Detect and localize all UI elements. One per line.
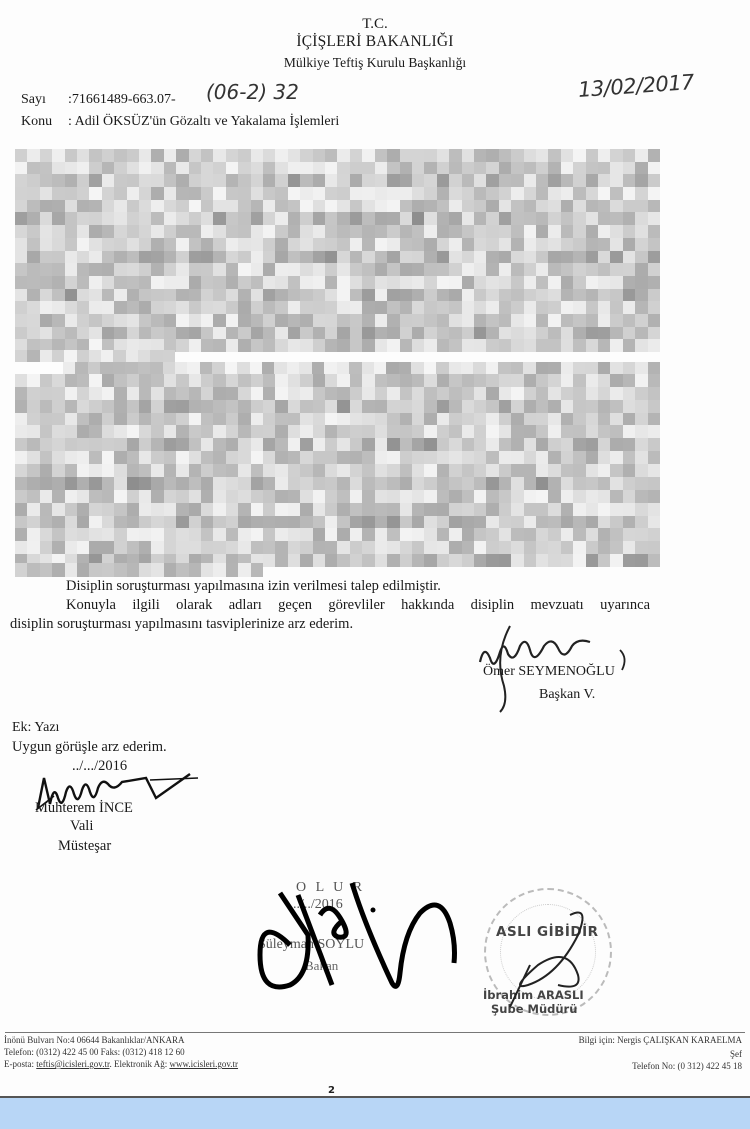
info-phone: Telefon No: (0 312) 422 45 18 xyxy=(632,1061,742,1071)
sayi-handwritten: (06-2) 32 xyxy=(206,80,299,104)
sayi-value: :71661489-663.07- xyxy=(68,92,176,108)
viewer-background-bar xyxy=(0,1098,750,1129)
email-label: E-posta: xyxy=(4,1059,36,1069)
network-label: . Elektronik Ağ: xyxy=(109,1059,169,1069)
recommendation-text: Uygun görüşle arz ederim. xyxy=(12,739,167,756)
page-number: 2 xyxy=(328,1085,335,1096)
handwritten-date: 13/02/2017 xyxy=(577,70,694,102)
header-ministry: İÇİŞLERİ BAKANLIĞI xyxy=(0,33,750,51)
sayi-label: Sayı xyxy=(21,92,46,108)
konu-label: Konu xyxy=(21,114,52,130)
website-link[interactable]: www.icisleri.gov.tr xyxy=(169,1059,238,1069)
approver-name: Muhterem İNCE xyxy=(35,800,133,817)
konu-value: : Adil ÖKSÜZ'ün Gözaltı ve Yakalama İşle… xyxy=(68,114,339,130)
paragraph-2-line-2: disiplin soruşturması yapılmasını tasvip… xyxy=(10,616,353,633)
header-tc: T.C. xyxy=(0,15,750,33)
email-link[interactable]: teftis@icisleri.gov.tr xyxy=(36,1059,109,1069)
redacted-block-1 xyxy=(15,149,660,352)
signatory1-title: Başkan V. xyxy=(539,687,595,703)
footer-address: İnönü Bulvarı No:4 06644 Bakanlıklar/ANK… xyxy=(4,1035,184,1045)
paragraph-2-line-1: Konuyla ilgili olarak adları geçen görev… xyxy=(66,597,650,614)
footer-phone: Telefon: (0312) 422 45 00 Faks: (0312) 4… xyxy=(4,1047,185,1057)
redacted-block-1-tail xyxy=(15,350,175,362)
footer-divider xyxy=(5,1032,745,1033)
signature-arasli xyxy=(490,895,610,1010)
signatory1-name: Ömer SEYMENOĞLU xyxy=(483,664,615,680)
document-page: T.C. İÇİŞLERİ BAKANLIĞI Mülkiye Teftiş K… xyxy=(0,0,750,1098)
header-department: Mülkiye Teftiş Kurulu Başkanlığı xyxy=(0,54,750,72)
info-title: Şef xyxy=(730,1049,742,1059)
signature-soylu xyxy=(240,875,470,995)
redacted-block-3 xyxy=(15,374,660,567)
info-contact: Bilgi için: Nergis ÇALIŞKAN KARAELMA xyxy=(579,1035,742,1045)
footer-contact-line: E-posta: teftis@icisleri.gov.tr. Elektro… xyxy=(4,1059,238,1069)
attachment-label: Ek: Yazı xyxy=(12,720,59,736)
approver-title-1: Vali xyxy=(70,818,93,835)
paragraph-1: Disiplin soruşturması yapılmasına izin v… xyxy=(66,578,441,595)
approver-title-2: Müsteşar xyxy=(58,838,111,855)
redacted-block-4-tail xyxy=(15,563,263,577)
